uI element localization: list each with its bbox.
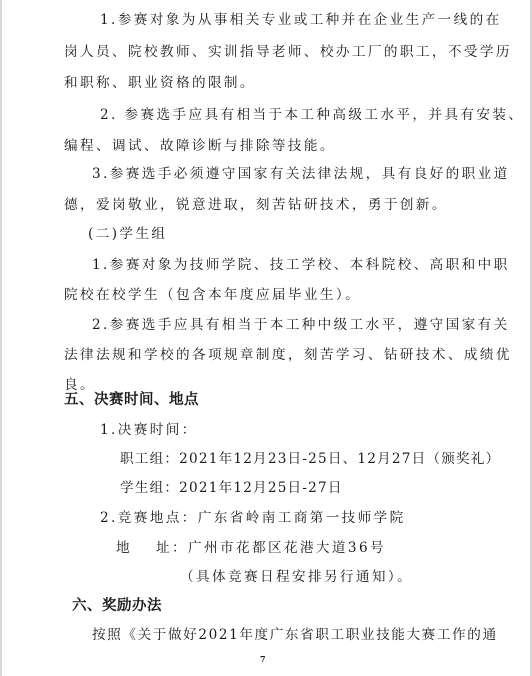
document-page: 1.参赛对象为从事相关专业或工种并在企业生产一线的在 岗人员、院校教师、实训指导… xyxy=(0,0,532,676)
employee-rule-2-line-2: 编程、调试、故障诊断与排除等技能。 xyxy=(64,138,336,154)
section-5-heading: 五、决赛时间、地点 xyxy=(64,392,199,408)
student-rule-1-line-1: 1.参赛对象为技师学院、技工学校、本科院校、高职和中职 xyxy=(92,257,510,273)
address-label-first-char: 地 xyxy=(116,540,132,556)
student-group-time: 学生组：2021年12月25日-27日 xyxy=(120,480,343,496)
address: 址：广州市花都区花港大道36号 xyxy=(156,540,386,556)
employee-rule-3-line-1: 3.参赛选手必须遵守国家有关法律法规，具有良好的职业道 xyxy=(92,166,510,182)
employee-rule-3-line-2: 德，爱岗敬业，锐意进取，刻苦钻研技术，勇于创新。 xyxy=(64,197,448,213)
student-rule-2-line-1: 2.参赛选手应具有相当于本工种中级工水平，遵守国家有关 xyxy=(92,317,510,333)
student-rule-2-line-3: 良。 xyxy=(64,377,96,393)
page-number: 7 xyxy=(260,654,266,664)
employee-group-time: 职工组：2021年12月23日-25日、12月27日（颁奖礼） xyxy=(120,451,500,467)
section-6-text: 按照《关于做好2021年度广东省职工职业技能大赛工作的通 xyxy=(92,627,498,643)
venue: 2.竞赛地点：广东省岭南工商第一技师学院 xyxy=(100,510,406,526)
employee-rule-1-line-2: 岗人员、院校教师、实训指导老师、校办工厂的职工，不受学历 xyxy=(64,44,512,60)
student-rule-2-line-2: 法律法规和学校的各项规章制度，刻苦学习、钻研技术、成绩优 xyxy=(64,347,512,363)
final-time-label: 1.决赛时间： xyxy=(100,422,198,438)
student-group-title: (二)学生组 xyxy=(88,226,167,242)
employee-rule-1-line-1: 1.参赛对象为从事相关专业或工种并在企业生产一线的在 xyxy=(100,12,502,28)
section-6-heading: 六、奖励办法 xyxy=(72,598,162,614)
schedule-note: （具体竞赛日程安排另行通知）。 xyxy=(180,569,413,585)
employee-rule-1-line-3: 和职称、职业资格的限制。 xyxy=(64,75,256,91)
student-rule-1-line-2: 院校在校学生（包含本年度应届毕业生）。 xyxy=(64,287,361,303)
employee-rule-2-line-1: 2. 参赛选手应具有相当于本工种高级工水平，并具有安装、 xyxy=(100,107,524,123)
